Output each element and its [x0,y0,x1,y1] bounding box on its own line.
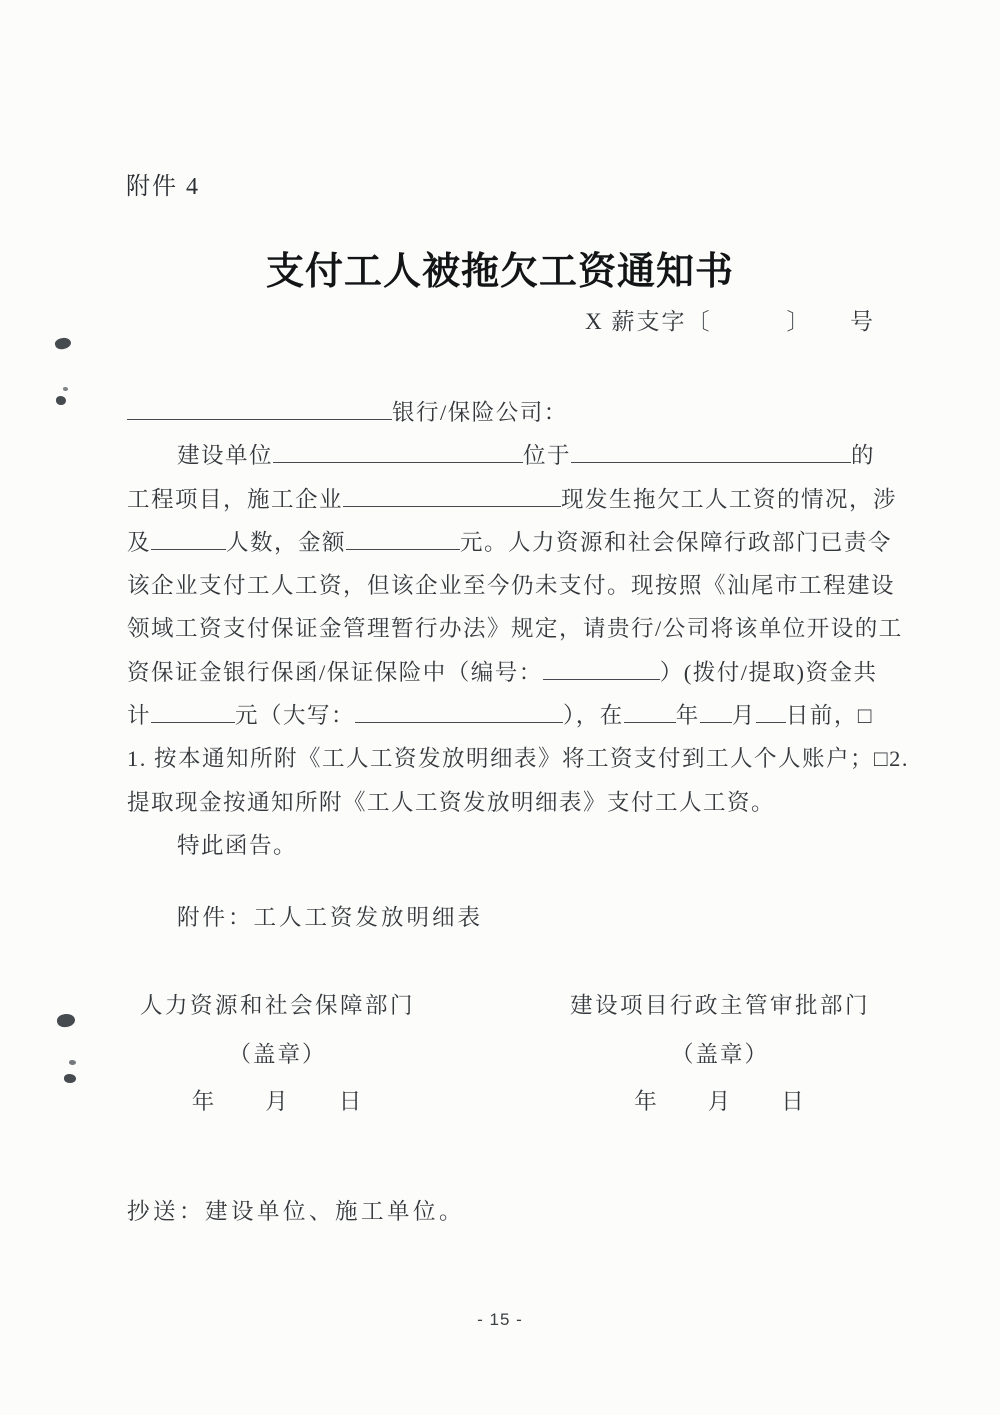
seal-label: （盖章） [570,1037,870,1069]
body-text: 建设单位 [177,443,273,468]
attachment-note: 附件：工人工资发放明细表 [177,900,483,932]
body-text: ）(拨付/提取)资金共 [660,660,878,685]
blank-field [543,657,660,680]
body-text: 及 [127,530,151,555]
body-text: 现发生拖欠工人工资的情况，涉 [561,487,897,512]
body-line: 该企业支付工人工资，但该企业至今仍未支付。现按照《汕尾市工程建设 [127,564,889,607]
scan-artifact [56,396,66,405]
body-line: 建设单位位于的 [127,434,889,477]
department-name: 建设项目行政主管审批部门 [570,988,870,1020]
body-line: 领域工资支付保证金管理暂行办法》规定，请贵行/公司将该单位开设的工 [127,607,889,650]
scan-artifact [63,387,68,391]
cc-note: 抄送：建设单位、施工单位。 [127,1194,465,1226]
body-line: 提取现金按通知所附《工人工资发放明细表》支付工人工资。 [127,781,889,824]
blank-field [127,398,392,421]
body-text: 的 [851,443,875,468]
blank-field [343,484,561,507]
body-paragraph: 银行/保险公司：建设单位位于的工程项目，施工企业现发生拖欠工人工资的情况，涉及人… [127,391,889,867]
document-number: X 薪支字〔 〕 号 [585,303,875,336]
scan-artifact [54,336,72,350]
blank-field [355,701,563,724]
page-number: - 15 - [0,1310,1000,1330]
signature-block-construction-authority: 建设项目行政主管审批部门 （盖章） 年 月 日 [570,988,870,1116]
body-text: 计 [127,703,151,728]
body-line: 银行/保险公司： [127,391,889,434]
blank-field [273,441,523,464]
body-line: 1. 按本通知所附《工人工资发放明细表》将工资支付到工人个人账户；□2. [127,737,889,780]
body-line: 特此函告。 [127,824,889,867]
page-title: 支付工人被拖欠工资通知书 [0,240,1000,295]
document-page: 附件 4 支付工人被拖欠工资通知书 X 薪支字〔 〕 号 银行/保险公司：建设单… [0,0,1000,1415]
blank-field [151,527,226,550]
blank-field [700,701,732,724]
body-text: ），在 [563,703,624,728]
body-text: 特此函告。 [177,833,297,858]
blank-field [151,701,235,724]
body-text: 该企业支付工人工资，但该企业至今仍未支付。现按照《汕尾市工程建设 [127,573,895,598]
signature-block-hr-department: 人力资源和社会保障部门 （盖章） 年 月 日 [140,988,415,1116]
attachment-label: 附件 4 [126,166,200,201]
body-text: 提取现金按通知所附《工人工资发放明细表》支付工人工资。 [127,790,775,815]
body-line: 资保证金银行保函/保证保险中（编号：）(拨付/提取)资金共 [127,651,889,694]
date-line: 年 月 日 [570,1084,870,1116]
department-name: 人力资源和社会保障部门 [140,988,415,1020]
signature-section: 人力资源和社会保障部门 （盖章） 年 月 日 建设项目行政主管审批部门 （盖章）… [0,988,1000,1116]
body-text: 元。人力资源和社会保障行政部门已责令 [460,530,892,555]
blank-field [346,527,460,550]
body-text: 位于 [523,443,571,468]
body-text: 人数，金额 [226,530,346,555]
body-text: 银行/保险公司： [392,400,568,425]
body-line: 工程项目，施工企业现发生拖欠工人工资的情况，涉 [127,478,889,521]
date-line: 年 月 日 [140,1084,415,1116]
body-text: 日前，□ [786,703,873,728]
body-text: 年 [676,703,700,728]
body-line: 及人数，金额元。人力资源和社会保障行政部门已责令 [127,521,889,564]
blank-field [624,701,676,724]
body-text: 元（大写： [235,703,355,728]
body-text: 工程项目，施工企业 [127,487,343,512]
body-text: 资保证金银行保函/保证保险中（编号： [127,660,543,685]
body-text: 领域工资支付保证金管理暂行办法》规定，请贵行/公司将该单位开设的工 [127,616,903,641]
body-text: 月 [732,703,756,728]
blank-field [571,441,851,464]
blank-field [756,701,786,724]
body-line: 计元（大写：），在年月日前，□ [127,694,889,737]
body-text: 1. 按本通知所附《工人工资发放明细表》将工资支付到工人个人账户；□2. [127,746,909,771]
seal-label: （盖章） [140,1037,415,1069]
